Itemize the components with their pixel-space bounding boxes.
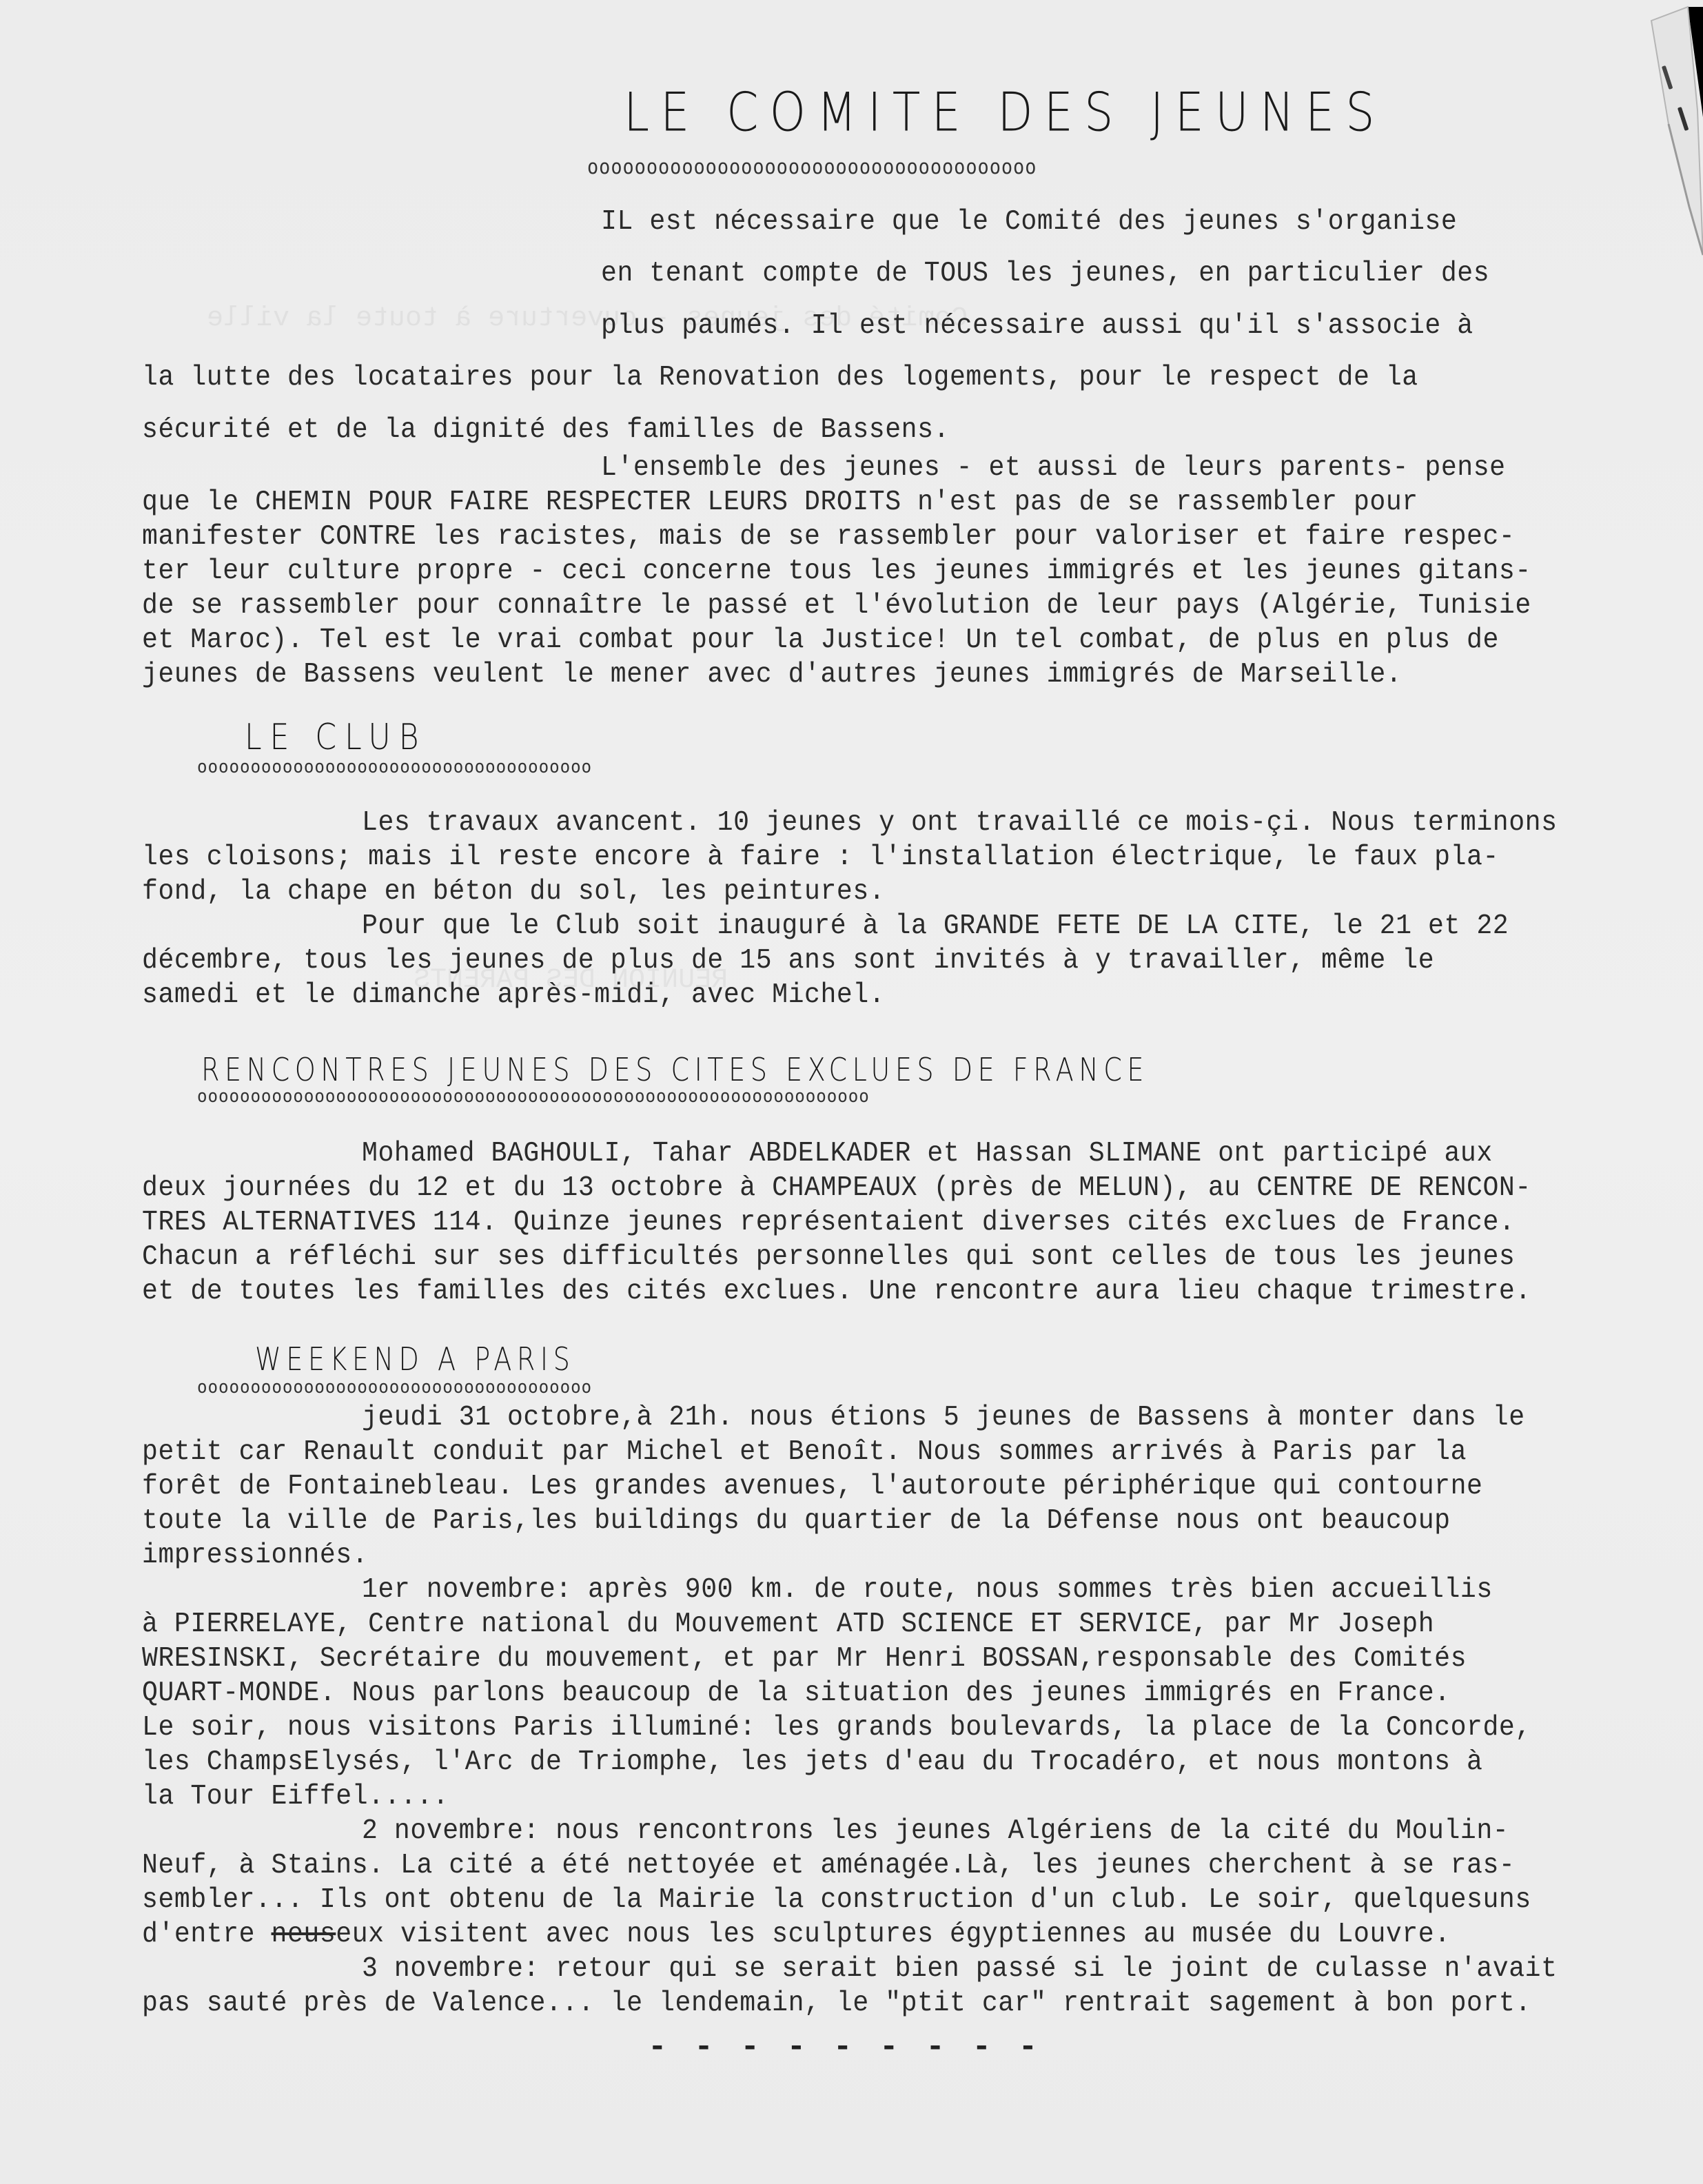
weekend-line: toute la ville de Paris,les buildings du… <box>142 1504 1451 1538</box>
intro-line: manifester CONTRE les racistes, mais de … <box>142 520 1515 553</box>
weekend-line-with-strikeout: d'entre neuseux visitent avec nous les s… <box>142 1918 1451 1951</box>
intro-line: IL est nécessaire que le Comité des jeun… <box>601 205 1457 238</box>
weekend-line: les ChampsElysés, l'Arc de Triomphe, les… <box>142 1746 1483 1779</box>
club-line: fond, la chape en béton du sol, les pein… <box>142 875 885 908</box>
club-underline: ooooooooooooooooooooooooooooooooooooo <box>197 757 592 777</box>
weekend-line-part: d'entre <box>142 1919 272 1950</box>
weekend-line: Neuf, à Stains. La cité a été nettoyée e… <box>142 1849 1515 1882</box>
weekend-line: petit car Renault conduit par Michel et … <box>142 1436 1467 1469</box>
end-rule: - - - - - - - - - <box>648 2030 1041 2065</box>
weekend-line: 2 novembre: nous rencontrons les jeunes … <box>362 1815 1509 1848</box>
intro-line: L'ensemble des jeunes - et aussi de leur… <box>601 451 1506 484</box>
intro-line: en tenant compte de TOUS les jeunes, en … <box>601 257 1489 290</box>
rencontres-line: Chacun a réfléchi sur ses difficultés pe… <box>142 1241 1515 1274</box>
rencontres-line: et de toutes les familles des cités excl… <box>142 1275 1531 1308</box>
struck-out-word: neus <box>272 1919 336 1950</box>
section-heading-rencontres: RENCONTRES JEUNES DES CITES EXCLUES DE F… <box>201 1051 1149 1088</box>
rencontres-line: Mohamed BAGHOULI, Tahar ABDELKADER et Ha… <box>362 1137 1493 1170</box>
weekend-line: sembler... Ils ont obtenu de la Mairie l… <box>142 1884 1531 1917</box>
title-underline: oooooooooooooooooooooooooooooooooooooo <box>587 155 1037 178</box>
page-title: LE COMITE DES JEUNES <box>624 81 1386 143</box>
weekend-line: forêt de Fontainebleau. Les grandes aven… <box>142 1470 1483 1503</box>
section-heading-club: LE CLUB <box>245 717 427 758</box>
weekend-line: la Tour Eiffel..... <box>142 1780 449 1813</box>
intro-line: plus paumés. Il est nécessaire aussi qu'… <box>601 309 1473 343</box>
weekend-line: Le soir, nous visitons Paris illuminé: l… <box>142 1711 1531 1744</box>
intro-line: de se rassembler pour connaître le passé… <box>142 589 1531 622</box>
club-line: Les travaux avancent. 10 jeunes y ont tr… <box>362 806 1558 839</box>
weekend-line: QUART-MONDE. Nous parlons beaucoup de la… <box>142 1677 1451 1710</box>
club-line: Pour que le Club soit inauguré à la GRAN… <box>362 910 1509 943</box>
club-line: samedi et le dimanche après-midi, avec M… <box>142 979 885 1012</box>
weekend-line: à PIERRELAYE, Centre national du Mouveme… <box>142 1608 1434 1641</box>
intro-line: que le CHEMIN POUR FAIRE RESPECTER LEURS… <box>142 486 1418 519</box>
club-line: les cloisons; mais il reste encore à fai… <box>142 841 1499 874</box>
rencontres-underline: oooooooooooooooooooooooooooooooooooooooo… <box>197 1086 870 1107</box>
weekend-line: 3 novembre: retour qui se serait bien pa… <box>362 1952 1558 1986</box>
stapled-page-curl-icon <box>1648 0 1703 276</box>
weekend-line: WRESINSKI, Secrétaire du mouvement, et p… <box>142 1642 1467 1675</box>
weekend-line: jeudi 31 octobre,à 21h. nous étions 5 je… <box>362 1401 1525 1434</box>
rencontres-line: deux journées du 12 et du 13 octobre à C… <box>142 1172 1531 1205</box>
intro-line: ter leur culture propre - ceci concerne … <box>142 555 1531 588</box>
intro-line: sécurité et de la dignité des familles d… <box>142 414 950 447</box>
weekend-line-part: eux visitent avec nous les sculptures ég… <box>336 1919 1450 1950</box>
club-line: décembre, tous les jeunes de plus de 15 … <box>142 944 1434 977</box>
intro-line: la lutte des locataires pour la Renovati… <box>142 361 1418 394</box>
rencontres-line: TRES ALTERNATIVES 114. Quinze jeunes rep… <box>142 1206 1515 1239</box>
weekend-line: 1er novembre: après 900 km. de route, no… <box>362 1573 1493 1606</box>
document-page: Comité des jeunes - ouverture à toute la… <box>0 0 1703 2184</box>
weekend-line: pas sauté près de Valence... le lendemai… <box>142 1987 1531 2020</box>
section-heading-weekend: WEEKEND A PARIS <box>255 1340 575 1378</box>
intro-line: et Maroc). Tel est le vrai combat pour l… <box>142 624 1499 657</box>
weekend-underline: ooooooooooooooooooooooooooooooooooooo <box>197 1377 592 1398</box>
weekend-line: impressionnés. <box>142 1539 368 1572</box>
intro-line: jeunes de Bassens veulent le mener avec … <box>142 658 1402 691</box>
